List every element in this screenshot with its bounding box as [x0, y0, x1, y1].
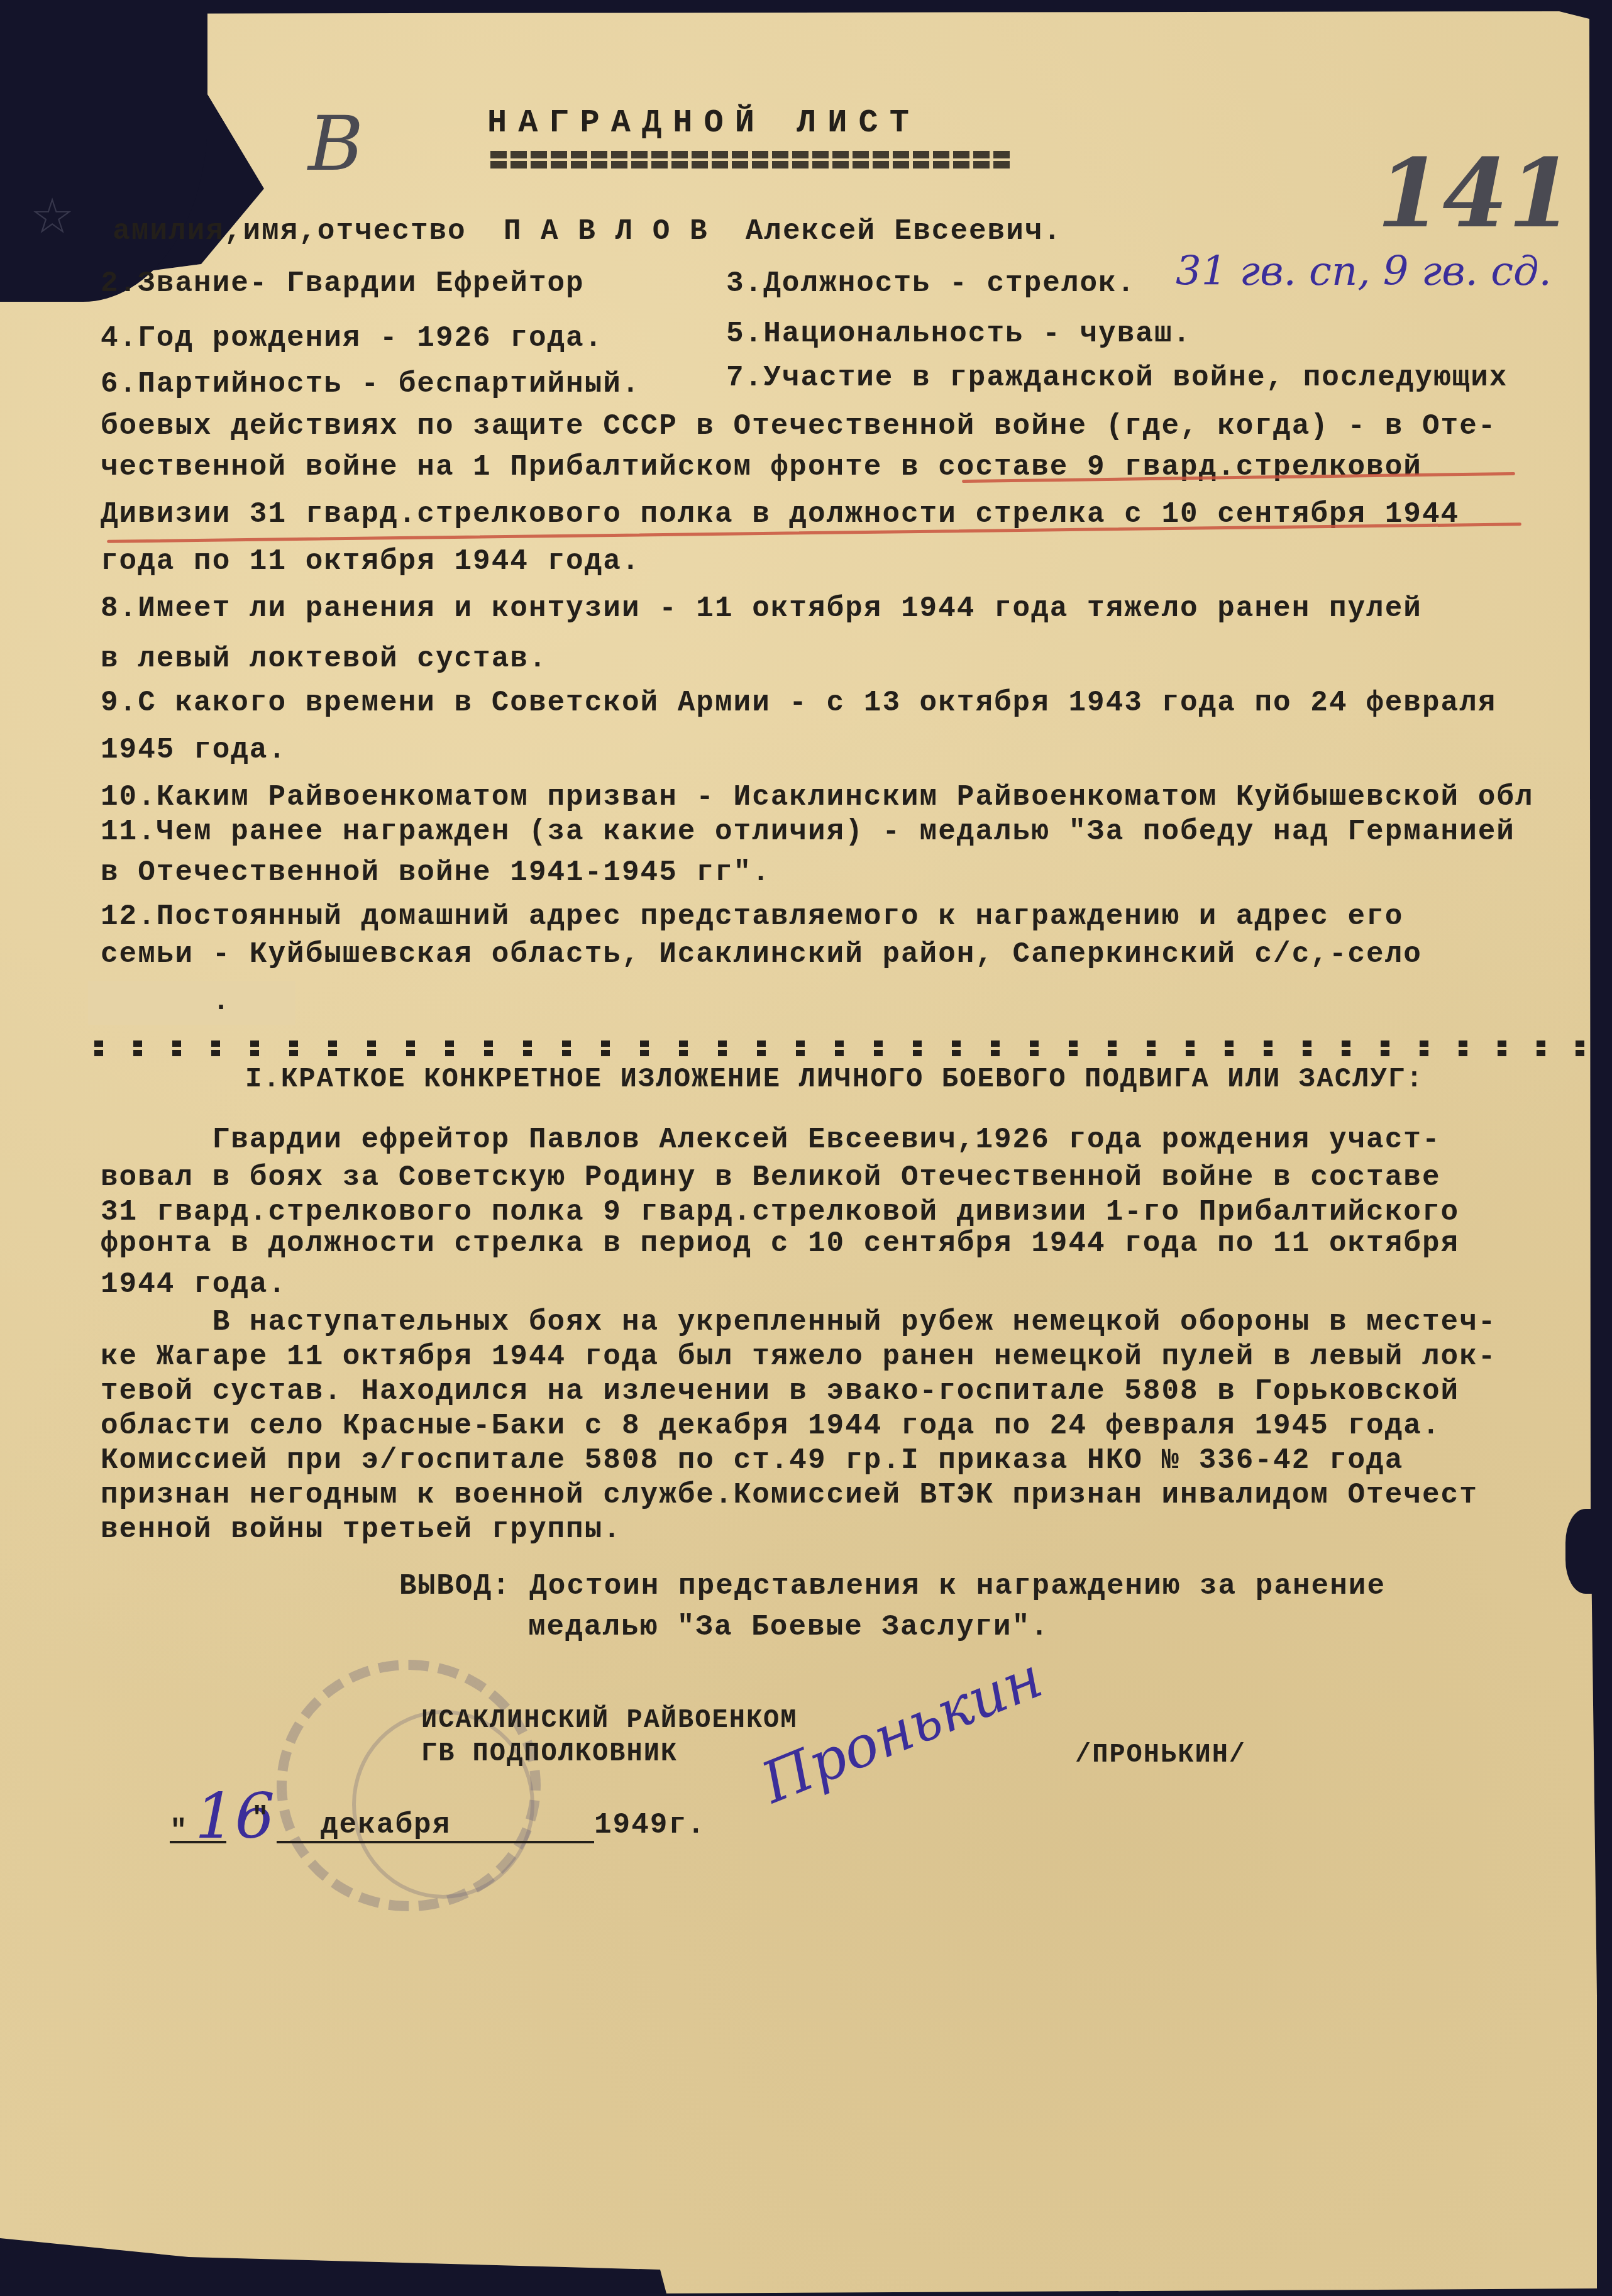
- field-full-name: амилия,имя,отчество П А В Л О В Алексей …: [75, 217, 1062, 246]
- field-address-cont: семьи - Куйбышевская область, Исаклински…: [101, 940, 1422, 969]
- date-year: 1949г.: [594, 1811, 706, 1840]
- section-divider-2: [94, 1050, 1597, 1056]
- field-address: 12.Постоянный домашний адрес представляе…: [101, 902, 1403, 931]
- narrative-line: признан негодным к военной службе.Комисс…: [101, 1481, 1478, 1510]
- document-title: НАГРАДНОЙ ЛИСТ: [487, 107, 920, 140]
- title-underline: [490, 151, 1012, 158]
- torn-edge-right: [1565, 1509, 1612, 1594]
- field-wounds-cont: в левый локтевой сустав.: [101, 644, 548, 673]
- signatory-rank: ГВ ПОДПОЛКОВНИК: [421, 1740, 678, 1767]
- field-army-since: 9.С какого времени в Советской Армии - с…: [101, 688, 1496, 717]
- narrative-line: области село Красные-Баки с 8 декабря 19…: [101, 1411, 1441, 1440]
- narrative-line: вовал в боях за Советскую Родину в Велик…: [101, 1163, 1441, 1192]
- field-birth-year: 4.Год рождения - 1926 года.: [101, 324, 603, 353]
- torn-corner-top-left: [0, 0, 207, 302]
- date-close-quote: ": [251, 1804, 270, 1833]
- narrative-line: 1944 года.: [101, 1270, 287, 1299]
- handwritten-unit-note: 31 гв. сп, 9 гв. сд.: [1176, 248, 1552, 295]
- narrative-line: тевой сустав. Находился на излечении в э…: [101, 1377, 1459, 1406]
- narrative-line: В наступательных боях на укрепленный руб…: [101, 1308, 1496, 1337]
- field-service-line-1: боевых действиях по защите СССР в Отечес…: [101, 412, 1496, 441]
- field-army-since-cont: 1945 года.: [101, 736, 287, 764]
- date-month-underline: [277, 1841, 594, 1843]
- pencil-mark-page-number: 141: [1377, 138, 1574, 249]
- field-service-line-3: Дивизии 31 гвард.стрелкового полка в дол…: [101, 500, 1459, 529]
- narrative-line: венной войны третьей группы.: [101, 1515, 622, 1544]
- signatory-office: ИСАКЛИНСКИЙ РАЙВОЕНКОМ: [421, 1707, 798, 1733]
- pencil-mark-top-left: В: [308, 101, 363, 188]
- narrative-line: 31 гвард.стрелкового полка 9 гвард.стрел…: [101, 1198, 1459, 1227]
- title-underline-2: [490, 161, 1012, 168]
- signatory-name: /ПРОНЬКИН/: [1075, 1741, 1246, 1768]
- field-prior-awards-cont: в Отечественной войне 1941-1945 гг".: [101, 858, 771, 887]
- narrative-line: Гвардии ефрейтор Павлов Алексей Евсеевич…: [101, 1125, 1441, 1154]
- date-day-underline: [170, 1841, 226, 1843]
- field-nationality: 5.Национальность - чуваш.: [726, 319, 1191, 348]
- narrative-line: Комиссией при э/госпитале 5808 по ст.49 …: [101, 1446, 1403, 1475]
- section-heading: I.КРАТКОЕ КОНКРЕТНОЕ ИЗЛОЖЕНИЕ ЛИЧНОГО Б…: [245, 1066, 1424, 1093]
- field-prior-awards: 11.Чем ранее награжден (за какие отличия…: [101, 817, 1515, 846]
- field-rank: 2.Звание- Гвардии Ефрейтор: [101, 269, 585, 298]
- section-divider: [94, 1040, 1597, 1047]
- field-draft-office: 10.Каким Райвоенкоматом призван - Исакли…: [101, 783, 1534, 812]
- date-month: декабря: [321, 1811, 451, 1840]
- conclusion-line-2: медалью "За Боевые Заслуги".: [528, 1613, 1049, 1642]
- narrative-line: фронта в должности стрелка в период с 10…: [101, 1229, 1459, 1258]
- field-address-end: .: [101, 987, 231, 1016]
- field-service-label: 7.Участие в гражданской войне, последующ…: [726, 363, 1508, 392]
- field-position: 3.Должность - стрелок.: [726, 269, 1135, 298]
- field-service-line-4: года по 11 октября 1944 года.: [101, 547, 641, 576]
- conclusion-line-1: ВЫВОД: Достоин представления к награжден…: [399, 1572, 1386, 1601]
- field-party: 6.Партийность - беспартийный.: [101, 370, 641, 399]
- narrative-line: ке Жагаре 11 октября 1944 года был тяжел…: [101, 1342, 1496, 1371]
- star-watermark-icon: ☆: [31, 170, 73, 255]
- field-wounds: 8.Имеет ли ранения и контузии - 11 октяб…: [101, 594, 1422, 623]
